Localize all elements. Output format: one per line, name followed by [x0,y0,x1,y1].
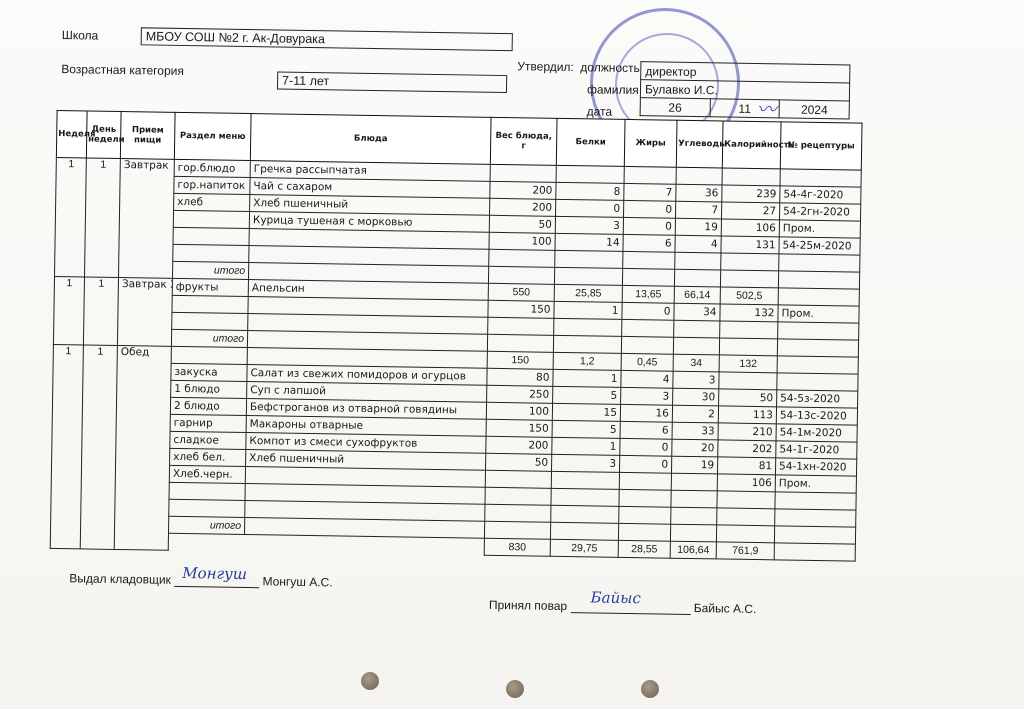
issued-signature: Монгуш [182,564,247,583]
weight-cell: 550 [488,283,554,301]
date-year: 2024 [779,100,849,119]
recipe-cell: 54-4г-2020 [780,186,861,204]
carbs-cell [674,269,720,287]
recipe-cell [777,373,858,391]
column-header: Белки [556,118,625,166]
recipe-cell [775,492,856,510]
weight-cell: 150 [486,419,552,437]
issued-label: Выдал кладовщик [69,571,171,587]
issued-signature-line: Монгуш [174,572,259,588]
protein-cell: 0 [556,199,624,217]
kcal-cell: 131 [721,236,779,254]
kcal-cell: 239 [722,185,780,203]
protein-cell: 1 [553,369,621,387]
binder-hole [641,680,659,698]
protein-cell: 1,2 [553,352,621,370]
received-label: Принял повар [489,598,567,613]
protein-cell: 8 [556,182,624,200]
section-cell [172,312,248,330]
carbs-cell [671,490,717,508]
age-label: Возрастная категория [61,62,184,78]
fat-cell: 3 [621,387,673,405]
total-label: итого [168,516,244,534]
carbs-cell [673,337,719,355]
protein-cell [556,165,624,183]
fat-cell [622,268,674,286]
kcal-cell: 50 [719,389,777,407]
protein-cell: 29,75 [550,539,618,557]
weight-cell: 200 [486,436,552,454]
fat-cell: 0 [620,438,672,456]
issued-by: Выдал кладовщик Монгуш Монгуш А.С. [69,570,333,589]
recipe-cell [780,169,861,187]
carbs-cell: 30 [673,388,719,406]
kcal-cell [716,525,774,543]
weight-cell: 50 [486,453,552,471]
column-header: Жиры [624,119,677,167]
fat-cell: 16 [620,404,672,422]
week-cell: 1 [55,157,87,276]
carbs-cell: 106,64 [670,541,716,559]
fat-cell [618,523,670,541]
recipe-cell [774,543,855,561]
protein-cell: 5 [553,386,621,404]
recipe-cell: 54-13с-2020 [776,407,857,425]
menu-form: Школа МБОУ СОШ №2 г. Ак-Довурака Возраст… [58,22,888,35]
kcal-cell [722,168,780,186]
recipe-cell [778,322,859,340]
weight-cell: 80 [487,368,553,386]
column-header: Раздел меню [174,112,251,160]
day-cell: 1 [83,277,118,346]
kcal-cell [719,372,777,390]
kcal-cell [717,508,775,526]
fat-cell: 7 [624,183,676,201]
kcal-cell: 113 [718,406,776,424]
blank-cell [168,533,484,555]
section-cell: закуска [171,363,247,381]
surname-label: фамилия [587,82,639,97]
section-cell: гор.напиток [174,176,250,194]
protein-cell: 3 [552,454,620,472]
kcal-cell [721,253,779,271]
binder-hole [361,672,379,690]
kcal-cell: 132 [719,355,777,373]
kcal-cell: 132 [720,304,778,322]
weight-cell: 50 [489,215,555,233]
carbs-cell: 33 [672,422,718,440]
total-label: итого [172,261,248,279]
received-signature-line: Байыс [570,598,690,615]
recipe-cell [775,509,856,527]
section-cell [172,295,248,313]
weight-cell [488,266,554,284]
fat-cell: 0 [619,455,671,473]
section-cell [169,482,245,500]
protein-cell: 1 [552,437,620,455]
protein-cell: 3 [555,216,623,234]
weight-cell: 150 [488,300,554,318]
day-cell: 1 [84,158,120,278]
meal-cell: Обед [114,345,171,550]
protein-cell [551,488,619,506]
section-cell: 1 блюдо [171,380,247,398]
column-header: Вес блюда, г [490,117,557,165]
carbs-cell [674,320,720,338]
fat-cell: 0,45 [621,353,673,371]
recipe-cell: 54-1хн-2020 [775,458,856,476]
issued-name: Монгуш А.С. [262,574,332,589]
weight-cell: 100 [486,402,552,420]
fat-cell [619,472,671,490]
kcal-cell: 27 [721,202,779,220]
kcal-cell: 106 [717,474,775,492]
protein-cell [551,471,619,489]
column-header: Неделя [56,110,87,157]
kcal-cell: 210 [718,423,776,441]
protein-cell: 14 [555,233,623,251]
protein-cell [554,267,622,285]
fat-cell: 6 [620,421,672,439]
section-cell [171,346,247,364]
kcal-cell: 106 [721,219,779,237]
recipe-cell [778,271,859,289]
weight-cell [488,317,554,335]
kcal-cell: 202 [718,440,776,458]
protein-cell [550,522,618,540]
director-signature: 〰 [757,93,777,122]
fat-cell: 28,55 [618,540,670,558]
received-by: Принял повар Байыс Байыс А.С. [489,597,757,616]
section-cell [173,227,249,245]
recipe-cell: Пром. [778,305,859,323]
fat-cell [619,506,671,524]
binder-hole [506,680,524,698]
carbs-cell: 19 [671,456,717,474]
section-cell [173,210,249,228]
fat-cell [623,251,675,269]
recipe-cell [777,356,858,374]
section-cell [173,244,249,262]
school-label: Школа [62,28,99,43]
received-name: Байыс А.С. [694,601,757,616]
section-cell: хлеб [174,193,250,211]
fat-cell [624,166,676,184]
approval-table: директор Булавко И.С. 26 11 2024 [640,61,851,119]
day-cell: 1 [80,345,117,550]
carbs-cell: 19 [675,218,721,236]
weight-cell [485,504,551,522]
kcal-cell [720,321,778,339]
recipe-cell: 54-25м-2020 [779,237,860,255]
section-cell: хлеб бел. [170,448,246,466]
fat-cell: 6 [623,234,675,252]
recipe-cell: 54-2гн-2020 [779,203,860,221]
column-header: № рецептуры [780,122,862,170]
column-header: Блюда [250,114,491,165]
weight-cell: 830 [484,538,550,556]
weight-cell [485,470,551,488]
fat-cell: 13,65 [622,285,674,303]
received-signature: Байыс [590,588,641,607]
fat-cell: 0 [622,302,674,320]
date-day: 26 [640,98,710,117]
fat-cell: 4 [621,370,673,388]
recipe-cell [777,339,858,357]
approved-label: Утвердил: [517,59,574,74]
protein-cell: 5 [552,420,620,438]
fat-cell [622,319,674,337]
carbs-cell [676,167,722,185]
week-cell: 1 [53,276,84,344]
carbs-cell: 2 [672,405,718,423]
weight-cell [490,164,556,182]
carbs-cell: 3 [673,371,719,389]
kcal-cell: 761,9 [716,542,774,560]
kcal-cell: 81 [717,457,775,475]
kcal-cell [720,270,778,288]
carbs-cell: 36 [676,184,722,202]
scanned-page: Школа МБОУ СОШ №2 г. Ак-Довурака Возраст… [0,0,1024,709]
fat-cell [619,489,671,507]
age-field: 7-11 лет [277,71,507,93]
section-cell: 2 блюдо [170,397,246,415]
carbs-cell [675,252,721,270]
recipe-cell [779,254,860,272]
recipe-cell [774,526,855,544]
weight-cell: 200 [490,181,556,199]
weight-cell: 100 [489,232,555,250]
protein-cell [554,318,622,336]
protein-cell: 1 [554,301,622,319]
protein-cell [553,335,621,353]
fat-cell: 0 [624,200,676,218]
recipe-cell [778,288,859,306]
recipe-cell: 54-1г-2020 [776,441,857,459]
carbs-cell: 66,14 [674,286,720,304]
weight-cell: 150 [487,351,553,369]
column-header: Прием пищи [120,112,175,160]
weight-cell [484,521,550,539]
weight-cell [487,334,553,352]
carbs-cell: 7 [675,201,721,219]
column-header: Калорийность [722,121,781,169]
weight-cell: 250 [487,385,553,403]
week-cell: 1 [50,344,83,548]
recipe-cell: 54-5з-2020 [777,390,858,408]
fat-cell [621,336,673,354]
protein-cell: 25,85 [554,284,622,302]
weight-cell: 200 [490,198,556,216]
kcal-cell: 502,5 [720,287,778,305]
carbs-cell: 34 [674,303,720,321]
weight-cell [489,249,555,267]
protein-cell [551,505,619,523]
recipe-cell: Пром. [779,220,860,238]
protein-cell [555,250,623,268]
position-label: должность [580,60,640,75]
date-label: дата [587,104,613,118]
protein-cell: 15 [552,403,620,421]
menu-table: НеделяДень неделиПрием пищиРаздел менюБл… [50,110,863,562]
carbs-cell [670,524,716,542]
carbs-cell [671,507,717,525]
kcal-cell [719,338,777,356]
column-header: День недели [86,111,121,159]
weight-cell [485,487,551,505]
carbs-cell: 20 [672,439,718,457]
section-cell: фрукты [172,278,248,296]
column-header: Углеводы [676,120,723,168]
kcal-cell [717,491,775,509]
school-field: МБОУ СОШ №2 г. Ак-Довурака [141,27,513,51]
fat-cell: 0 [623,217,675,235]
recipe-cell: Пром. [775,475,856,493]
recipe-cell: 54-1м-2020 [776,424,857,442]
carbs-cell: 34 [673,354,719,372]
total-label: итого [171,329,247,347]
meal-cell: Завтрак 2 [117,277,172,346]
section-cell: гарнир [170,414,246,432]
section-cell [169,499,245,517]
section-cell: гор.блюдо [174,159,250,177]
section-cell: Хлеб.черн. [169,465,245,483]
meal-cell: Завтрак [118,158,174,278]
section-cell: сладкое [170,431,246,449]
carbs-cell [671,473,717,491]
carbs-cell: 4 [675,235,721,253]
